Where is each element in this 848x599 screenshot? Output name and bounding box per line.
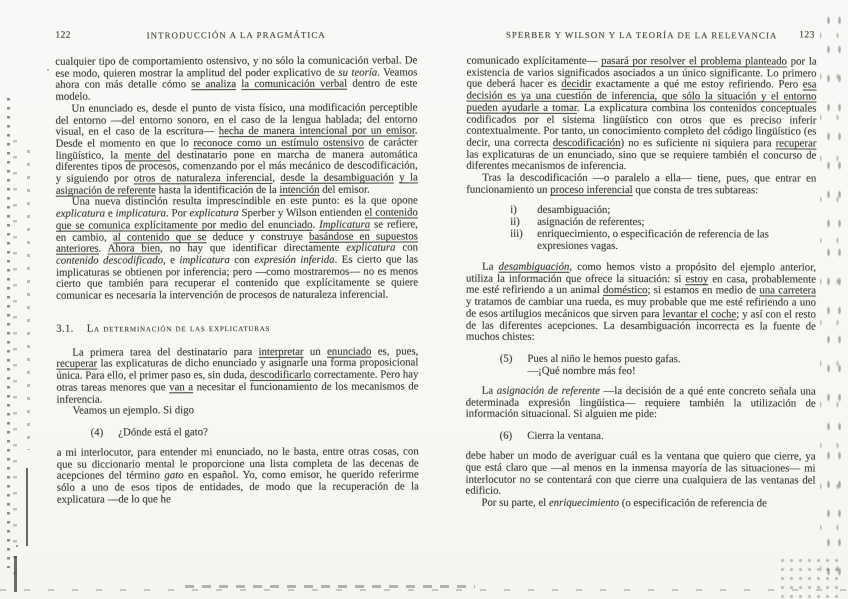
paragraph: Un enunciado es, desde el punto de vista…: [55, 102, 417, 197]
page-right: SPERBER Y WILSON Y LA TEORÍA DE LA RELEV…: [465, 30, 816, 511]
example-text: Pues al niño le hemos puesto gafas. —¡Qu…: [527, 353, 680, 377]
scan-artifact-right-edge: [820, 4, 844, 594]
running-header-right: SPERBER Y WILSON Y LA TEORÍA DE LA RELEV…: [467, 30, 817, 46]
paragraph: Tras la descodificación —o paralelo a el…: [466, 173, 816, 197]
list-item-label: iii): [510, 229, 537, 253]
paragraph: Una nueva distinción resulta imprescindi…: [56, 196, 418, 303]
running-header-title-right: SPERBER Y WILSON Y LA TEORÍA DE LA RELEV…: [467, 30, 817, 41]
paragraph: debe haber un modo de averiguar cuál es …: [465, 451, 815, 499]
example-6: (6) Cierra la ventana.: [500, 430, 816, 443]
list-item-text: enriquecimiento, o especificación de ref…: [537, 229, 816, 254]
scan-artifact-dot: [16, 545, 18, 547]
page-number-left: 122: [55, 30, 71, 41]
section-number: 3.1.: [56, 323, 74, 334]
paragraph: cualquier tipo de comportamiento ostensi…: [55, 55, 417, 103]
paragraph: comunicado explícitamente— pasará por re…: [466, 56, 816, 174]
scan-artifact-bottom-edge: [185, 585, 475, 588]
paragraph: a mi interlocutor, para entender mi enun…: [57, 446, 419, 506]
paragraph: La primera tarea del destinatario para i…: [56, 346, 418, 406]
paragraph: Por su parte, el enriquecimiento (o espe…: [465, 497, 815, 510]
running-header-title-left: INTRODUCCIÓN A LA PRAGMÁTICA: [55, 29, 417, 40]
inference-subtasks-list: i) desambiguación; ii) asignación de ref…: [510, 205, 816, 253]
scan-artifact-left-edge: [7, 98, 10, 568]
scan-artifact-left-edge: [13, 140, 17, 580]
page-left: 122 INTRODUCCIÓN A LA PRAGMÁTICA cualqui…: [55, 29, 419, 506]
scan-artifact-bottom-edge: [0, 589, 848, 591]
example-text: ¿Dónde está el gato?: [118, 426, 208, 438]
page-number-right: 123: [799, 29, 815, 40]
book-scan: 122 INTRODUCCIÓN A LA PRAGMÁTICA cualqui…: [0, 0, 848, 599]
section-title: La determinación de las explicaturas: [87, 323, 271, 335]
paragraph: Veamos un ejemplo. Si digo: [56, 405, 418, 418]
example-5: (5) Pues al niño le hemos puesto gafas. …: [500, 353, 816, 378]
scan-artifact-vertical-line: [26, 468, 28, 546]
example-line: Pues al niño le hemos puesto gafas.: [527, 353, 680, 365]
example-label: (4): [91, 426, 104, 438]
scan-artifact-left-edge: [27, 150, 30, 450]
list-item: iii) enriquecimiento, o especificación d…: [510, 229, 816, 254]
scan-artifact-dot: [47, 69, 49, 71]
scan-artifact-vertical-line: [14, 556, 17, 592]
example-label: (5): [500, 353, 513, 377]
example-label: (6): [500, 430, 513, 442]
example-line: —¡Qué nombre más feo!: [527, 365, 680, 377]
scan-artifact-corner-dots: [778, 556, 840, 598]
section-heading: 3.1. La determinación de las explicatura…: [56, 322, 418, 334]
example-4: (4) ¿Dónde está el gato?: [91, 425, 419, 438]
paragraph: La desambiguación, como hemos visto a pr…: [466, 262, 816, 345]
running-header-left: 122 INTRODUCCIÓN A LA PRAGMÁTICA: [55, 29, 417, 45]
example-text: Cierra la ventana.: [527, 430, 603, 442]
paragraph: La asignación de referente —la decisión …: [466, 386, 816, 422]
